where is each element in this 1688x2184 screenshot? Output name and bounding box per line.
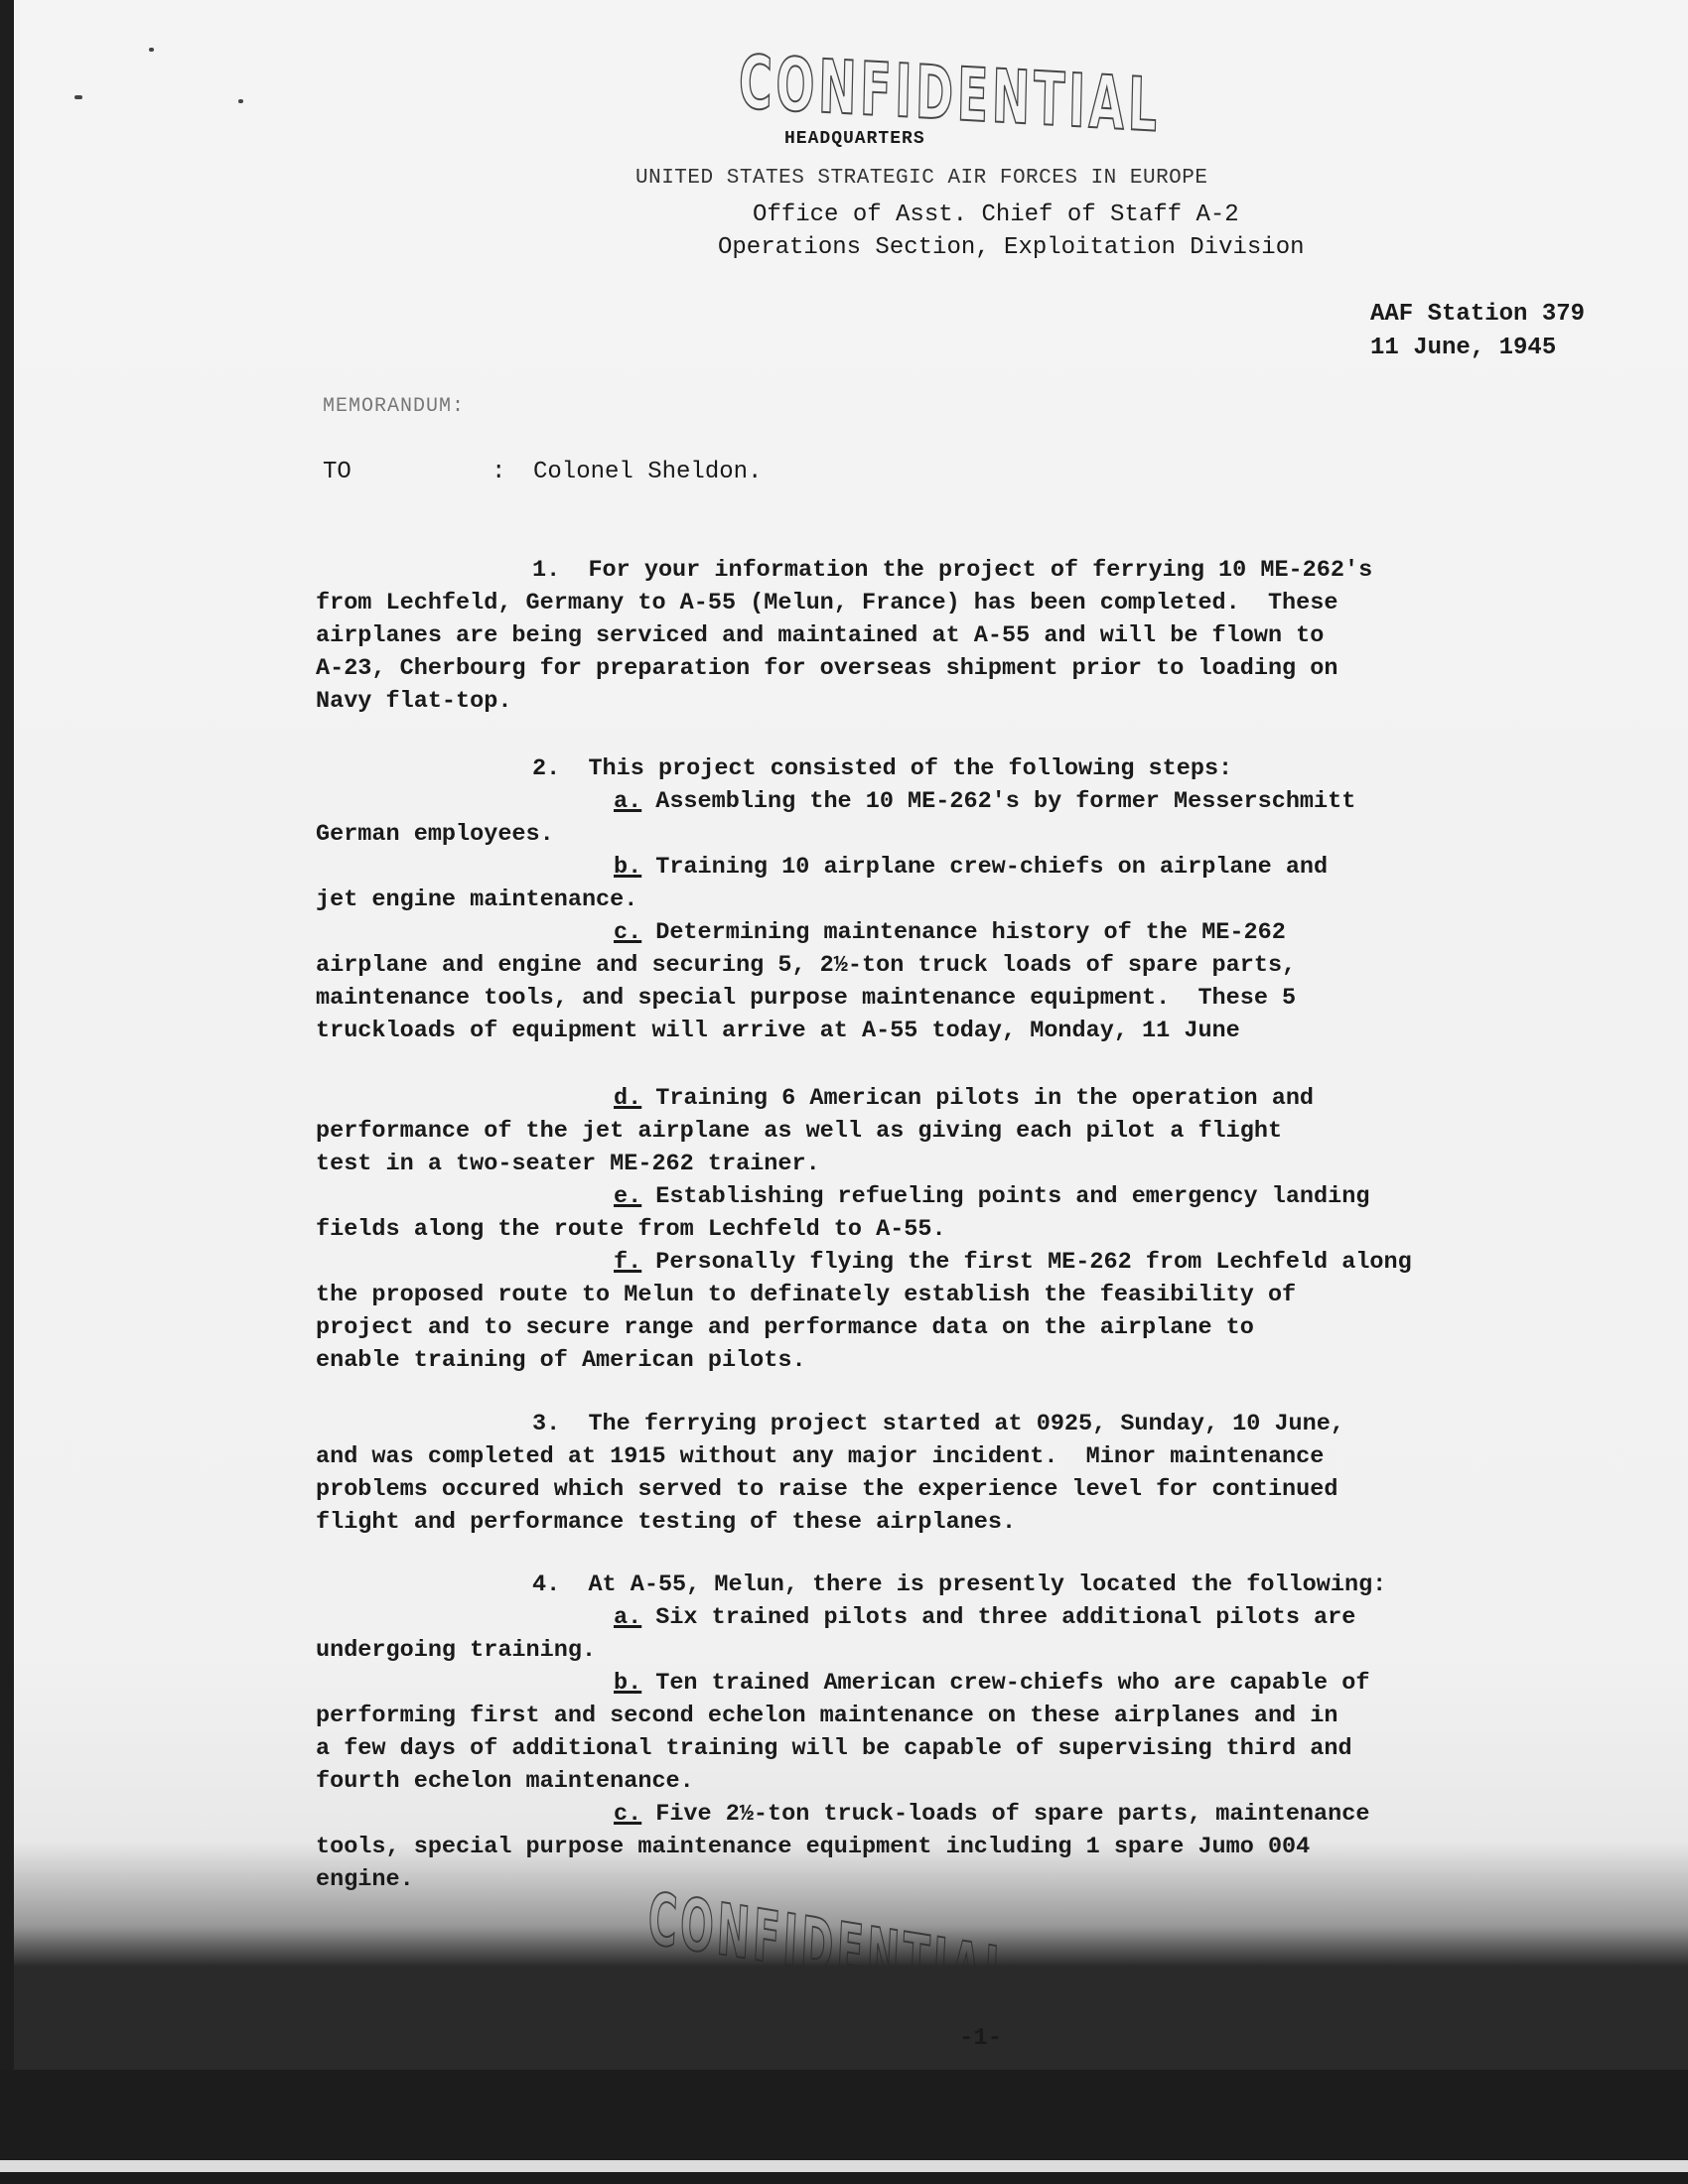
paragraph-line: the proposed route to Melun to definatel… [316,1279,1517,1311]
list-item-c: c.Determining maintenance history of the… [316,916,1517,949]
paragraph-2: 2. This project consisted of the followi… [316,752,1517,1047]
scan-bottom-strip [0,2160,1688,2172]
paragraph-line: truckloads of equipment will arrive at A… [316,1015,1517,1047]
to-key: TO [323,459,492,485]
letterhead-headquarters: HEADQUARTERS [784,129,925,149]
item-label: b. [614,1670,641,1697]
item-label: e. [614,1183,641,1210]
paragraph-line: airplanes are being serviced and maintai… [316,619,1517,652]
paragraph-number: 3. [532,1411,560,1437]
paragraph-line: Navy flat-top. [316,685,1517,718]
paragraph-line: and was completed at 1915 without any ma… [316,1440,1517,1473]
list-item-c: c.Five 2½-ton truck-loads of spare parts… [316,1798,1517,1831]
paragraph-3: 3. The ferrying project started at 0925,… [316,1408,1517,1539]
paragraph-line: from Lechfeld, Germany to A-55 (Melun, F… [316,587,1517,619]
paragraph-line: undergoing training. [316,1634,1517,1667]
list-item-b: b.Training 10 airplane crew-chiefs on ai… [316,851,1517,884]
paragraph-line: 2. This project consisted of the followi… [316,752,1517,785]
paragraph-line: performance of the jet airplane as well … [316,1115,1517,1148]
item-label: f. [614,1249,641,1276]
scan-speck [149,48,154,52]
paragraph-line: A-23, Cherbourg for preparation for over… [316,652,1517,685]
scan-left-edge [0,0,14,2184]
paragraph-number: 4. [532,1571,560,1598]
paragraph-line: fields along the route from Lechfeld to … [316,1213,1517,1246]
paragraph-line: engine. [316,1863,1517,1896]
date-block: AAF Station 379 11 June, 1945 [1370,298,1585,365]
scan-speck [74,95,82,99]
list-item-a: a.Assembling the 10 ME-262's by former M… [316,785,1517,818]
memo-label: MEMORANDUM: [323,395,465,418]
paragraph-1: 1. For your information the project of f… [316,554,1517,718]
item-label: c. [614,919,641,946]
scan-speck [238,99,243,103]
paragraph-line: project and to secure range and performa… [316,1311,1517,1344]
date-line: 11 June, 1945 [1370,332,1585,365]
item-label: c. [614,1801,641,1828]
paragraph-line: jet engine maintenance. [316,884,1517,916]
list-item-a: a.Six trained pilots and three additiona… [316,1601,1517,1634]
paragraph-number: 1. [532,557,560,584]
to-separator: : [492,459,533,485]
paragraph-line: German employees. [316,818,1517,851]
paragraph-line: 1. For your information the project of f… [316,554,1517,587]
paragraph-4: 4. At A-55, Melun, there is presently lo… [316,1569,1517,1896]
item-label: d. [614,1085,641,1112]
paragraph-line: maintenance tools, and special purpose m… [316,982,1517,1015]
paragraph-line: 3. The ferrying project started at 0925,… [316,1408,1517,1440]
paragraph-line: fourth echelon maintenance. [316,1765,1517,1798]
paragraph-line: tools, special purpose maintenance equip… [316,1831,1517,1863]
paragraph-line: a few days of additional training will b… [316,1732,1517,1765]
letterhead-section: Operations Section, Exploitation Divisio… [718,234,1305,261]
item-label: a. [614,788,641,815]
page-number: -1- [959,2025,1002,2052]
letterhead-organization: UNITED STATES STRATEGIC AIR FORCES IN EU… [635,167,1208,190]
paragraph-line: performing first and second echelon main… [316,1700,1517,1732]
paragraph-line: airplane and engine and securing 5, 2½-t… [316,949,1517,982]
list-item-e: e.Establishing refueling points and emer… [316,1180,1517,1213]
paragraph-2-continued: d.Training 6 American pilots in the oper… [316,1082,1517,1377]
to-recipient: Colonel Sheldon. [533,459,762,485]
paragraph-number: 2. [532,755,560,782]
list-item-b: b.Ten trained American crew-chiefs who a… [316,1667,1517,1700]
paragraph-line: problems occured which served to raise t… [316,1473,1517,1506]
letterhead-office: Office of Asst. Chief of Staff A-2 [753,202,1239,228]
paragraph-line: flight and performance testing of these … [316,1506,1517,1539]
station-line: AAF Station 379 [1370,298,1585,332]
paragraph-line: test in a two-seater ME-262 trainer. [316,1148,1517,1180]
list-item-f: f.Personally flying the first ME-262 fro… [316,1246,1517,1279]
paragraph-line: 4. At A-55, Melun, there is presently lo… [316,1569,1517,1601]
paragraph-line: enable training of American pilots. [316,1344,1517,1377]
item-label: a. [614,1604,641,1631]
list-item-d: d.Training 6 American pilots in the oper… [316,1082,1517,1115]
to-line: TO:Colonel Sheldon. [323,459,762,485]
item-label: b. [614,854,641,881]
